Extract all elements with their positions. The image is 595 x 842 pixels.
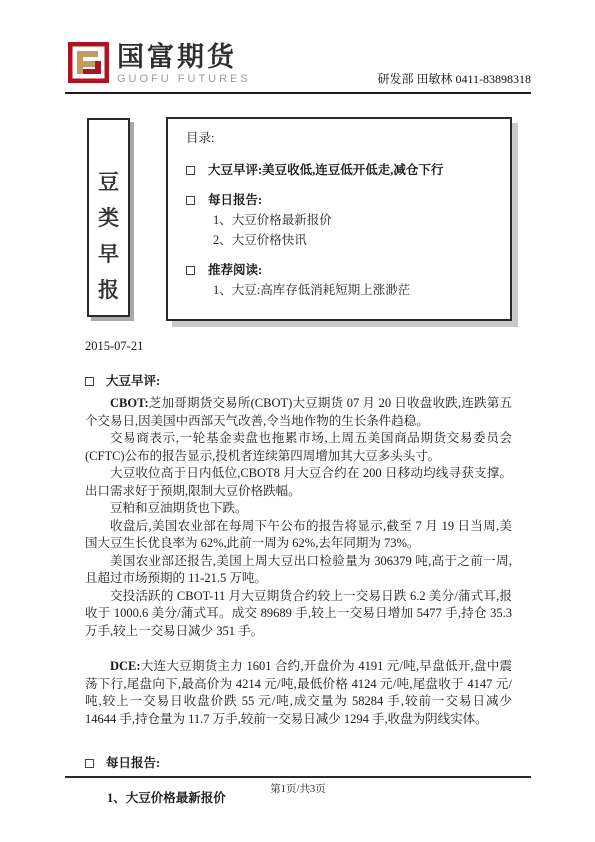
square-bullet-icon (186, 166, 195, 175)
page-header: 国富期货 GUOFU FUTURES 研发部 田敏林 0411-83898318 (65, 36, 531, 94)
vertical-title-char: 早 (98, 243, 119, 265)
toc-subitem: 2、大豆价格快讯 (213, 232, 492, 249)
section-heading-label: 大豆早评: (106, 373, 160, 391)
paragraph: 交投活跃的 CBOT-11 月大豆期货合约较上一交易日跌 6.2 美分/蒲式耳,… (85, 588, 512, 641)
toc-item-morning-review: 大豆早评:美豆收低,连豆低开低走,减仓下行 (186, 162, 492, 179)
paragraph-dce: DCE:大连大豆期货主力 1601 合约,开盘价为 4191 元/吨,早盘低开,… (85, 658, 512, 728)
section-heading-daily-report: 每日报告: (85, 755, 512, 773)
page-number: 第1页/共3页 (270, 784, 325, 795)
brand-logo: 国富期货 GUOFU FUTURES (68, 42, 251, 85)
square-bullet-icon (85, 377, 94, 386)
report-page: 国富期货 GUOFU FUTURES 研发部 田敏林 0411-83898318… (0, 0, 595, 842)
paragraph-text: 大连大豆期货主力 1601 合约,开盘价为 4191 元/吨,早盘低开,盘中震荡… (85, 659, 512, 726)
toc-item-label: 推荐阅读: (208, 262, 262, 279)
cbot-label: CBOT: (110, 396, 149, 410)
paragraph: 收盘后,美国农业部在每周下午公布的报告将显示,截至 7 月 19 日当周,美国大… (85, 518, 512, 553)
report-date: 2015-07-21 (85, 338, 512, 356)
section-heading-label: 每日报告: (106, 755, 160, 773)
vertical-title-char: 豆 (98, 171, 119, 193)
report-body: 2015-07-21 大豆早评: CBOT:芝加哥期货交易所(CBOT)大豆期货… (85, 338, 512, 807)
toc-subitem: 1、大豆价格最新报价 (213, 212, 492, 229)
paragraph: 豆粕和豆油期货也下跌。 (85, 500, 512, 518)
toc-item-label: 每日报告: (208, 192, 262, 209)
toc-title: 目录: (186, 130, 492, 147)
brand-text: 国富期货 GUOFU FUTURES (117, 42, 251, 85)
brand-name-en: GUOFU FUTURES (117, 73, 251, 85)
page-footer: 第1页/共3页 (65, 776, 531, 796)
toc-item-recommended-reading: 推荐阅读: (186, 262, 492, 279)
square-bullet-icon (85, 759, 94, 768)
square-bullet-icon (186, 266, 195, 275)
paragraph: 大豆收位高于日内低位,CBOT8 月大豆合约在 200 日移动均线寻获支撑。出口… (85, 465, 512, 500)
paragraph: 交易商表示,一轮基金卖盘也拖累市场,上周五美国商品期货交易委员会(CFTC)公布… (85, 430, 512, 465)
guofu-logo-icon (68, 42, 109, 83)
toc-item-label: 大豆早评:美豆收低,连豆低开低走,减仓下行 (208, 162, 443, 179)
paragraph-cbot: CBOT:芝加哥期货交易所(CBOT)大豆期货 07 月 20 日收盘收跌,连跌… (85, 395, 512, 430)
contact-info: 研发部 田敏林 0411-83898318 (377, 70, 531, 87)
square-bullet-icon (186, 196, 195, 205)
paragraph: 美国农业部还报告,美国上周大豆出口检验量为 306379 吨,高于之前一周,且超… (85, 553, 512, 588)
toc-box: 目录: 大豆早评:美豆收低,连豆低开低走,减仓下行 每日报告: 1、大豆价格最新… (166, 117, 512, 321)
vertical-title-box: 豆 类 早 报 (87, 118, 130, 317)
dce-label: DCE: (110, 659, 141, 673)
brand-name-cn: 国富期货 (117, 42, 251, 72)
paragraph-text: 芝加哥期货交易所(CBOT)大豆期货 07 月 20 日收盘收跌,连跌第五个交易… (85, 396, 512, 428)
toc-subitem: 1、大豆:高库存低消耗短期上涨渺茫 (213, 282, 492, 299)
section-heading-morning-review: 大豆早评: (85, 373, 512, 391)
vertical-title-char: 报 (98, 279, 119, 301)
vertical-title-char: 类 (98, 207, 119, 229)
toc-item-daily-report: 每日报告: (186, 192, 492, 209)
